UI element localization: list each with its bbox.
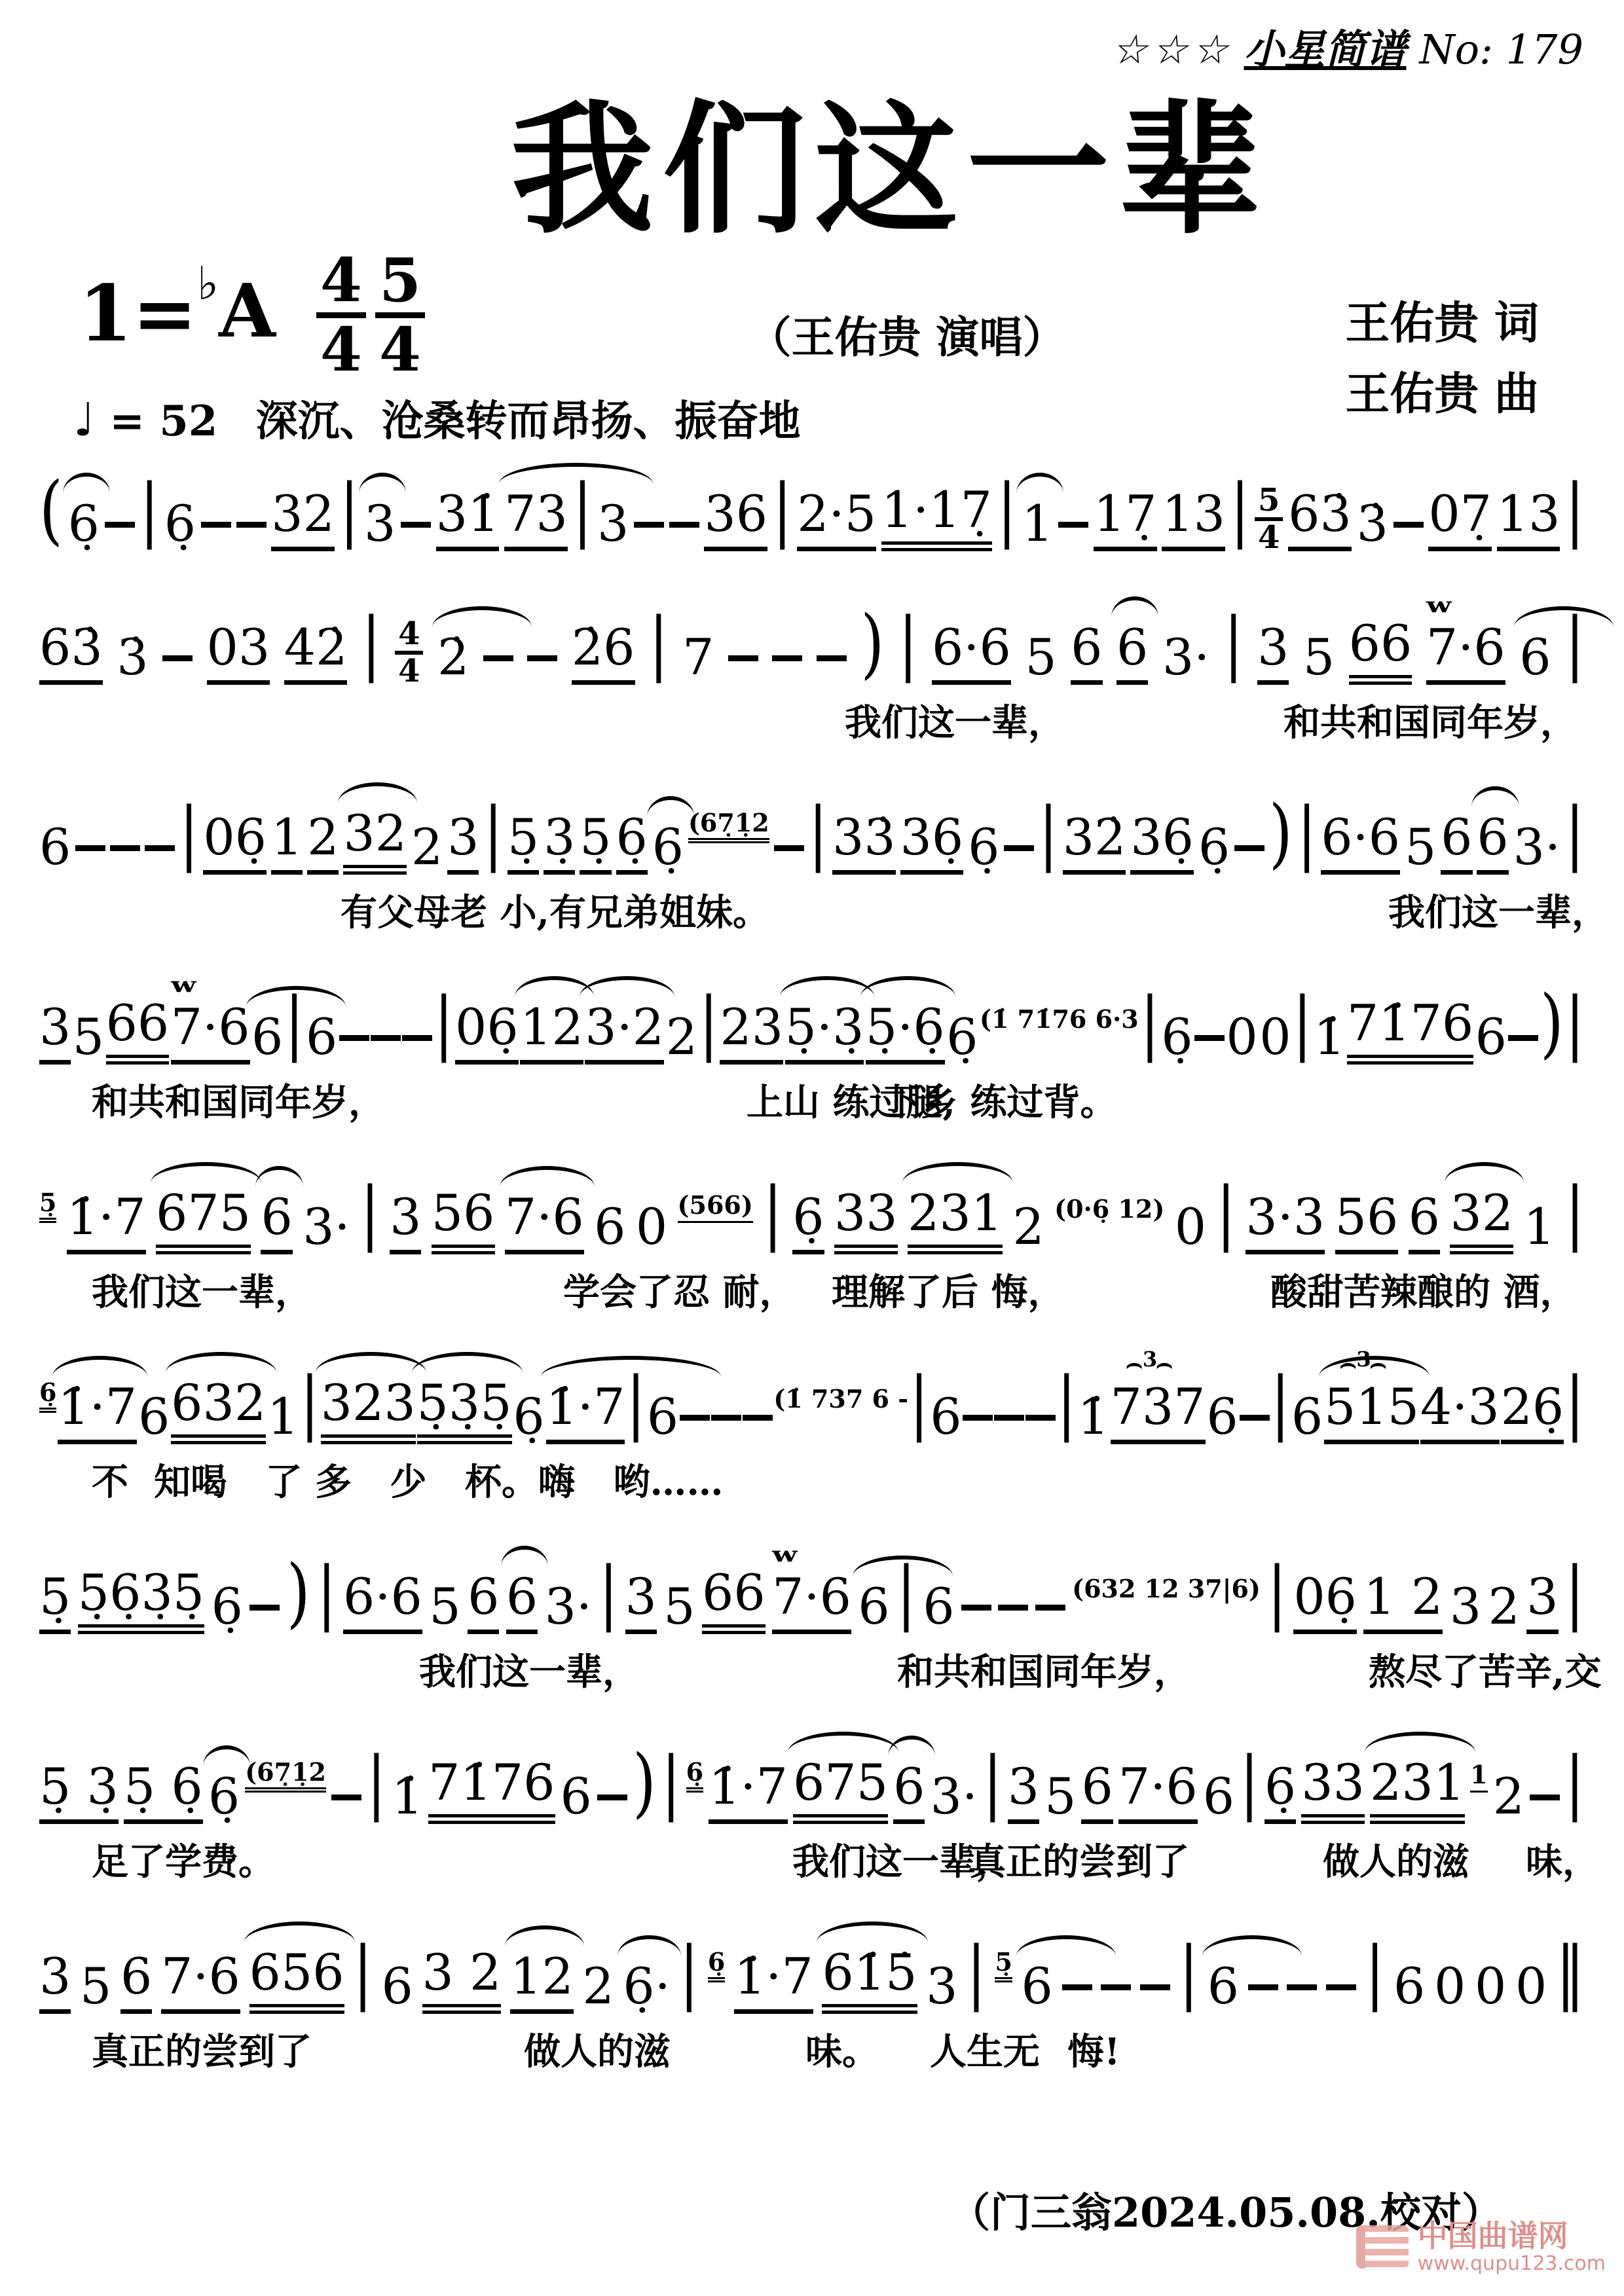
grace-notes: (632 12 37|6) [1072,1575,1261,1603]
note-group: 06̣ [1293,1569,1357,1634]
note-group: 0 [1175,1199,1206,1254]
note-group: 5̣ 6̣ [124,1759,203,1824]
grace-notes: 6̣ [686,1758,703,1793]
dash [402,1035,432,1065]
lyric: 下乡 练过背。 [884,1074,1117,1126]
note-group: 1̇·7 [58,1379,137,1444]
note-group: 3̣ [544,810,575,875]
note-group: 3 [1257,620,1289,685]
time-signature: 54 [1255,484,1283,554]
note-group: 32 [343,806,407,875]
note-group: 0 [1226,1010,1257,1065]
slur-arc [505,1925,584,1946]
key-letter: A [219,275,276,348]
note-group: 07̣ [1428,486,1492,551]
brand-name: 小星简谱 [1244,26,1406,73]
note-group: 3· [930,1769,978,1824]
final-barline: ‖ [1556,1948,1585,2014]
dash [1004,845,1034,875]
slur-arc [1445,1162,1524,1183]
dash [1194,1035,1225,1065]
note-group: 5̣6̣3̣5̣ [78,1565,204,1634]
barline: | [1565,1758,1585,1824]
note-group: 1̇·7 [709,1759,788,1824]
note-group: 3̇ [117,630,148,685]
dash [634,522,664,551]
note-group: 6 [893,1759,925,1824]
note-group: 56 [1335,1190,1399,1254]
note-group: 6 [251,1010,283,1065]
lyric: 理解了后 悔， [832,1264,1065,1316]
note-group: 5 [1044,1769,1076,1824]
note-group: 632 [171,1376,266,1444]
note-group: 6 [39,820,71,875]
grace-notes: (566) [678,1192,753,1223]
note-group: 3 [39,1000,71,1065]
note-group: 5 [1405,820,1436,875]
key-prefix: 1= [79,275,197,352]
slur-arc [580,976,674,997]
note-group: 5 [1303,630,1335,685]
note-group: 12 [520,1000,583,1065]
note-group: 23 [720,1000,783,1065]
note-group: 63̇ [39,620,103,685]
note-group: 1̇ [392,1769,423,1824]
note-group: 06̣ [455,1000,519,1065]
barline: | [626,1378,646,1444]
barline: | [367,1758,386,1824]
note-group: 6 [1291,1389,1323,1444]
dash [1287,1984,1317,2014]
barline: | [649,619,669,685]
mordent-icon: w [1426,592,1452,617]
note-group: 33̇ [832,810,896,875]
dash [680,1415,710,1444]
note-group: 06̣ [203,810,267,875]
note-group: 3 [1450,1579,1481,1634]
dash [249,1605,280,1634]
barline: | [1565,485,1585,551]
score: (6̣|6̣32|331̇73|336|2·51·17̣|117̣13|5463… [39,437,1585,2090]
note-group: 1 [1524,1199,1555,1254]
lyrics-row: 我们这一辈，和共和国同年岁， [39,690,1585,741]
note-group: 6 [1071,620,1102,685]
note-group: 42̇ [284,620,348,685]
barline: | [317,1568,337,1634]
barline: | [896,1568,916,1634]
barline: | [179,809,199,875]
note-group: 6·6 [1321,810,1400,875]
barline: | [139,485,159,551]
note-group: 12 [510,1949,574,2014]
lyric: 学会了忍 耐， [563,1264,796,1316]
note-group: 6̣ [616,810,648,875]
dash [998,1605,1028,1634]
dash [1234,845,1264,875]
note-group: 7·6 [161,1949,240,2014]
barline: | [773,485,792,551]
barline: | [983,1758,1003,1824]
dash [483,655,513,685]
slur-arc [647,796,694,817]
grace-notes: 5̣ [39,1189,56,1223]
note-group: 3·2 [585,1000,664,1065]
barline: | [661,1758,681,1824]
barline: | [1216,1188,1236,1254]
notes-row: 63̇3̇0342̇|442̇2̇6|7)|6·65663·|35667·6w6… [39,608,1585,685]
note-group: 61̇5̇ [822,1945,917,2014]
note-group: 3· [545,1579,593,1634]
note-group: 2 [1012,1199,1044,1254]
slur-arc [1202,1935,1302,1956]
note-group: 7373 [1111,1379,1206,1444]
note-group: 36̣ [900,810,964,875]
slur-arc [1111,596,1158,617]
note-group: 7·6 [1118,1759,1198,1824]
note-group: 17̣ [1094,486,1157,551]
slur-arc [166,1352,276,1373]
note-group: 6̣ [792,1190,824,1254]
note-group: 3 [447,810,479,875]
note-group: 6 [923,1579,954,1634]
lyrics-row: 有父母老 小,有兄弟姐妹。我们这一辈， [39,880,1585,931]
note-group: 33 [834,1186,898,1254]
header: ☆☆☆小星简谱No: 179 [1111,17,1583,75]
note-group: 3 [926,1959,957,2014]
note-group: 6̣ [968,820,999,875]
barline: | [300,1378,320,1444]
note-group: 26̣ [1501,1379,1564,1444]
barline: | [898,619,918,685]
note-group: 7·6w [772,1569,851,1634]
dash [527,655,557,685]
note-group: 2 [307,810,339,875]
lyric: 悔! [1067,2023,1120,2075]
note-group: 5̣ [507,810,539,875]
lyric: 和共和国同年岁， [92,1074,385,1126]
note-group: 6̣ [652,820,684,875]
dash [162,655,193,685]
phrase-paren: ( [39,485,63,551]
lyrics-row: 我们这一辈，和共和国同年岁，熬尽了苦辛,交 [39,1639,1585,1690]
note-group: 2 [666,1010,697,1065]
system-3: 6|06̣123223|5̣3̣5̣6̣6̣(67̣1̣2|33̇36̣6̣|3… [39,761,1585,931]
note-group: 13 [1162,486,1225,551]
watermark: 中国曲谱网 www.qupu123.com [1356,2219,1606,2274]
note-group: 6 [138,1389,170,1444]
note-group: 0 [636,1199,667,1254]
note-group: 6̣ [1198,820,1230,875]
slur-arc [501,1546,548,1567]
note-group: 3 [625,1569,657,1634]
note-group: 6 [1393,1959,1425,2014]
note-group: 2·5 [797,486,876,551]
note-group: 6 [1409,1190,1440,1254]
grace-notes: (1̇ 737 6 - [773,1385,908,1413]
note-group: 6 [306,1010,337,1065]
triplet-mark: 3 [1356,1347,1371,1372]
composer-credit: 王佑贵 曲 [1345,359,1539,422]
barline: | [1565,1378,1585,1444]
note-group: 6̣ [68,496,100,551]
issue-number: No: 179 [1419,26,1583,73]
note-group: 1̇ [1314,1010,1345,1065]
dash [1035,1605,1065,1634]
lyric: 有父母老 小,有兄弟姐妹。 [341,884,769,936]
note-group: 6 [1022,1959,1053,2014]
note-group: 03 [207,620,270,685]
notes-row: 5̣1̇·767563·|3567·660(566)|6̣332312(0·6̣… [39,1177,1585,1254]
notes-row: 6|06̣123223|5̣3̣5̣6̣6̣(67̣1̣2|33̇36̣6̣|3… [39,797,1585,875]
meter-5-4: 5 4 [375,249,425,381]
note-group: 231 [1370,1755,1465,1824]
note-group: 6·6 [932,620,1011,685]
note-group: 5153 [1324,1379,1419,1444]
slur-arc [432,606,532,627]
phrase-paren: ) [287,1568,310,1634]
system-7: 5̣5̣6̣3̣5̣6̣)|6·65663·|35667·6w6|6(632 1… [39,1520,1585,1690]
time-signature: 44 [395,617,423,687]
slur-arc [412,1352,523,1373]
barline: | [1297,809,1317,875]
notes-row: 35667·6w6|6|06̣123·22|235̣·3̣5̣·6̣6̣(1̇ … [39,987,1585,1065]
note-group: 71̇76 [428,1755,555,1824]
note-group: 56 [432,1186,495,1254]
performer-credit: （王佑贵 演唱） [748,302,1066,365]
slur-arc [63,473,110,494]
note-group: 6 [858,1579,889,1634]
barline: | [910,1378,929,1444]
note-group: 36 [704,486,767,551]
lyric: 酸甜苦辣酿的 酒， [1270,1264,1577,1316]
note-group: 675 [793,1755,888,1824]
dash [401,522,431,551]
lyric: 我们这一辈， [419,1643,639,1696]
note-group: 6̣ [1264,1759,1296,1824]
lyrics-row: 不 知喝 了 多 少 杯。嗨 哟…… [39,1449,1585,1501]
dash [963,1415,993,1444]
barline: | [763,1188,783,1254]
barline: | [1565,809,1585,875]
barline: | [1565,998,1585,1065]
note-group: 6 [1477,810,1508,875]
stars-icon: ☆☆☆ [1111,26,1232,73]
sheet-page: ☆☆☆小星简谱No: 179 1=♭A 4 4 5 4 我们这一辈 （王佑贵 演… [0,0,1624,2296]
barline: | [967,1948,986,2014]
dash [994,1415,1024,1444]
note-group: 231 [908,1186,1003,1254]
note-group: 6̣ [946,1010,978,1065]
watermark-url: www.qupu123.com [1418,2253,1606,2274]
slur-arc [1471,786,1519,807]
barline: | [1565,1568,1585,1634]
slur-arc [203,1745,250,1766]
note-group: 31̇ [436,486,500,551]
lyric: 人生无 [930,2023,1040,2075]
lyric: 真正的尝到了 [92,2023,312,2075]
note-group: 7·6 [505,1190,584,1254]
note-group: 6̣ [1161,1010,1192,1065]
note-group: 63̇ [1288,486,1352,551]
note-group: 3·3 [1246,1190,1325,1254]
note-group: 32̇ [1063,810,1126,875]
phrase-paren: ) [633,1758,656,1824]
barline: | [353,1948,373,2014]
barline: | [1230,485,1250,551]
note-group: 2 [1488,1579,1519,1634]
dash [201,522,231,551]
note-group: 3 2 [422,1945,502,2014]
note-group: 6 [120,1949,152,2014]
note-group: 3· [1513,820,1561,875]
grace-notes: 5̣ [995,1948,1012,1982]
note-group: 66 [702,1565,766,1634]
barline: | [1565,619,1585,685]
note-group: 2 [411,820,443,875]
dash [371,1035,401,1065]
dash [1240,1415,1270,1444]
system-1: (6̣|6̣32|331̇73|336|2·51·17̣|117̣13|5463… [39,437,1585,551]
note-group: 32 [271,486,335,551]
grace-notes: (67̣1̣2 [688,809,769,843]
dash [774,845,804,875]
note-group: 1·17̣ [881,483,992,551]
barline: | [285,998,304,1065]
note-group: 6̣ [513,1389,544,1444]
barline: | [1057,1378,1077,1444]
barline: | [1365,1948,1385,2014]
lyrics-row: 和共和国同年岁，上山 练过腿,下乡 练过背。 [39,1070,1585,1121]
note-group: 6 [1475,1010,1507,1065]
dash [1025,1415,1056,1444]
phrase-paren: ) [860,619,884,685]
note-group: 3̇ [1357,496,1388,551]
triplet-mark: 3 [1143,1347,1157,1372]
dash [145,845,175,875]
dash [817,655,847,685]
lyric: 熬尽了苦辛,交 [1369,1643,1602,1696]
note-group: 1 [267,1389,299,1444]
grace-notes: 1 [1470,1761,1487,1793]
slur-arc [888,1736,935,1757]
lyric: 真正的尝到了 [969,1833,1189,1886]
barline: | [1267,1568,1287,1634]
barline: | [1179,1948,1198,2014]
dash [669,522,699,551]
phrase-paren: ) [1540,998,1564,1065]
note-group: 6 [1519,630,1551,685]
note-group: 2̇ [437,630,469,685]
barline: | [483,809,503,875]
note-group: 5 [663,1579,695,1634]
slur-arc [52,1356,147,1377]
slur-arc [359,473,406,494]
slur-arc [151,1162,261,1183]
barline: | [599,1568,618,1634]
barline: | [1293,998,1312,1065]
notes-row: 6̣1̇·766321|3235̣3̣5̣6̣1̇·7|6(1̇ 737 6 -… [39,1367,1585,1444]
note-group: 3 [390,1190,421,1254]
note-group: 1̇·7 [734,1949,813,2014]
slur-arc [817,1922,927,1942]
grace-notes: 6̣ [708,1948,725,1982]
note-group: 6 [1081,1759,1113,1824]
note-group: 5 [80,1959,111,2014]
note-group: 0 [1434,1959,1466,2014]
note-group: 5̣ [39,1569,71,1634]
barline: | [699,998,718,1065]
notes-row: 5̣ 3̣5̣ 6̣6̣(67̣1̣2|1̇71̇766)|6̣1̇·76756… [39,1747,1585,1824]
note-group: 5̣ 3̣ [39,1759,119,1824]
dash [772,655,802,685]
slur-arc [500,1166,595,1187]
barline: | [360,1188,380,1254]
lyric: 我们这一辈， [845,694,1065,746]
note-group: 0 [1259,1010,1291,1065]
dash [1062,1984,1092,2014]
note-group: 6 [561,1769,592,1824]
note-group: 6 [468,1569,499,1634]
system-4: 35667·6w6|6|06̣123·22|235̣·3̣5̣·6̣6̣(1̇ … [39,951,1585,1121]
barline: | [340,485,360,551]
slur-arc [902,1162,1013,1183]
note-group: 6·6 [343,1569,422,1634]
note-group: 5̣3̣5̣ [417,1376,512,1444]
note-group: 5̣·3̣ [785,1000,864,1065]
note-group: 1̇ [1077,1389,1109,1444]
note-group: 6̣ [164,496,196,551]
dash [75,845,105,875]
lyrics-row: 我们这一辈，学会了忍 耐，理解了后 悔，酸甜苦辣酿的 酒， [39,1260,1585,1311]
note-group: 13 [1497,486,1560,551]
lyrics-row: 足了学费。我们这一辈，真正的尝到了做人的滋味， [39,1829,1585,1880]
system-9: 3567·6656|63 21226̣·|6̣1̇·761̇5̇3|5̣6|6|… [39,1900,1585,2070]
grace-notes: 6̣ [39,1379,56,1413]
lyric: 味。 [805,2023,879,2075]
note-group: 6 [1206,1389,1238,1444]
note-group: 6̣· [623,1959,671,2014]
slur-arc [618,1935,681,1956]
note-group: 1 [1022,496,1053,551]
dash [961,1605,991,1634]
note-group: 5̣ [580,810,611,875]
dash [339,1035,369,1065]
lyric: 和共和国同年岁， [897,1643,1190,1696]
dash [1326,1984,1356,2014]
note-group: 32 [1450,1186,1513,1254]
note-group: 6 [1441,810,1472,875]
note-group: 3 [39,1949,71,2014]
dash [1508,1035,1538,1065]
grace-notes: (1̇ 71̇76 6·3 [980,1006,1139,1033]
meters: 4 4 5 4 [316,249,425,381]
grace-notes: (0·6̣ 12) [1054,1195,1164,1223]
note-group: 2 [582,1959,614,2014]
dash [1058,522,1088,551]
note-group: 6 [594,1199,625,1254]
note-group: 3· [303,1199,350,1254]
note-group: 3 [597,496,629,551]
note-group: 6̣ [212,1579,243,1634]
slur-arc [1514,606,1614,627]
phrase-paren: ) [1269,809,1293,875]
slur-arc [338,782,417,803]
note-group: 6 [382,1959,413,2014]
note-group: 1̇·7 [546,1379,625,1444]
barline: | [997,485,1017,551]
note-group: 7·6w [1426,620,1505,685]
note-group: 6 [647,1389,678,1444]
